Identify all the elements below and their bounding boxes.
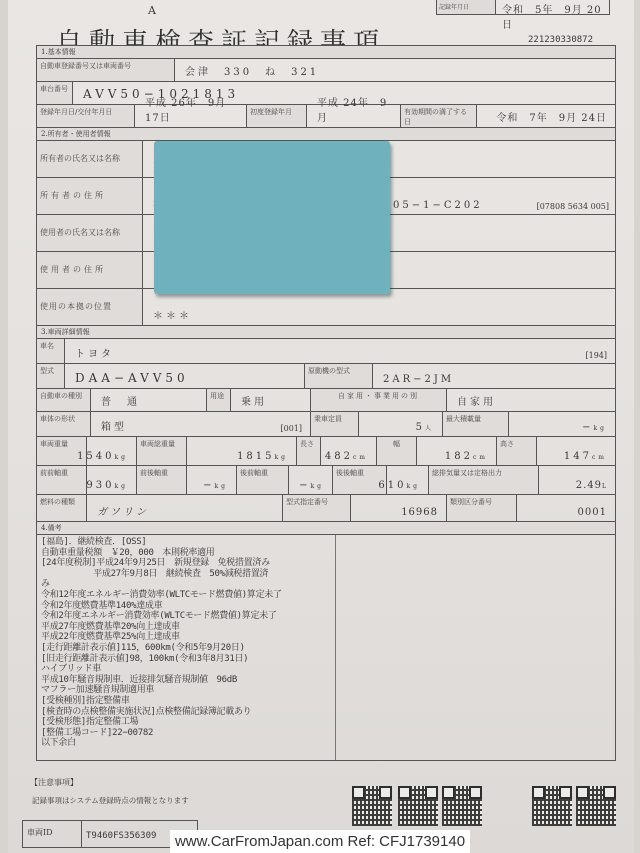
max-load-unit: kg [594, 425, 607, 432]
rf-axle-label: 後前軸重 [237, 466, 289, 494]
body-shape-value: 箱型 [97, 416, 131, 435]
engine-value: 2AR−2JM [379, 372, 458, 387]
capacity-number: 5 [416, 422, 425, 433]
remarks-line: [整備工場コード]22−00782 [41, 728, 331, 739]
fr-axle-label: 前後軸重 [137, 466, 187, 494]
engine-label: 原動機の型式 [305, 364, 373, 388]
gross-weight-unit: kg [275, 454, 288, 461]
remarks-line: マフラー加速騒音規制適用車 [41, 685, 331, 696]
notes-text: 記録事項はシステム登録時点の情報となります [32, 795, 189, 806]
owner-address-code: [07808 5634 005] [533, 200, 613, 213]
capacity-label: 乗車定員 [311, 412, 359, 436]
section-remarks-heading: 4.備考 [36, 522, 616, 535]
remarks-line: 平成27年9月8日 継続検査 50%減税措置済 [41, 569, 331, 580]
displacement-unit: L [602, 483, 607, 490]
category-label: 類別区分番号 [447, 495, 517, 521]
model-label: 型式 [37, 364, 65, 388]
record-date-value: 令和 5年 9月 20日 [496, 0, 609, 14]
rf-axle-unit: kg [311, 483, 324, 490]
qr-code-3-icon [442, 786, 482, 826]
max-load-number: − [582, 422, 593, 433]
fr-axle-unit: kg [215, 483, 228, 490]
reg-date-value: 平成 26年 9月 17日 [141, 92, 246, 126]
maker-row: 車名 トヨタ [194] [36, 339, 616, 364]
owner-address-suffix: 05−1−C202 [389, 198, 487, 213]
remarks-line: [旧走行距離計表示値]98，100km(令和3年8月31日) [41, 654, 331, 665]
first-reg-value: 平成 24年 9月 [313, 92, 400, 126]
weight-unit: kg [115, 454, 128, 461]
body-shape-row: 車体の形状 箱型 [001] 乗車定員 5人 最大積載量 −kg [36, 412, 616, 437]
usage-value: 自家用 [453, 391, 500, 410]
base-location-value: ＊＊＊ [149, 305, 196, 324]
watermark-banner: www.CarFromJapan.com Ref: CFJ1739140 [170, 830, 470, 853]
displacement-value: 2.49L [572, 478, 611, 493]
length-value: 482cm [321, 449, 372, 464]
body-shape-code: [001] [276, 422, 306, 435]
redaction-sticker [154, 141, 390, 294]
weight-number: 1540 [77, 451, 114, 462]
qr-code-1-icon [352, 786, 392, 826]
ff-axle-unit: kg [115, 483, 128, 490]
model-value: DAA−AVV50 [71, 369, 193, 387]
remarks-line: 平成27年度燃費基準20%向上達成車 [41, 622, 331, 633]
user-name-label: 使用者の氏名又は名称 [37, 215, 143, 251]
remarks-blank-area [336, 535, 615, 760]
remarks-line: [福島]．継続検査．[OSS] [41, 537, 331, 548]
width-number: 182 [445, 451, 473, 462]
gross-weight-number: 1815 [237, 451, 274, 462]
section-owner-info-heading: 2.所有者・使用者情報 [36, 128, 616, 141]
capacity-value: 5人 [412, 420, 438, 435]
document-number: 221230330872 [528, 35, 593, 45]
remarks-line: 平成22年度燃費基準25%向上達成車 [41, 632, 331, 643]
expiry-value: 令和 7年 9月 24日 [492, 107, 611, 126]
model-row: 型式 DAA−AVV50 原動機の型式 2AR−2JM [36, 364, 616, 389]
width-unit: cm [473, 454, 488, 461]
purpose-value: 乗用 [237, 391, 271, 410]
maker-code: [194] [581, 349, 611, 362]
rr-axle-unit: kg [407, 483, 420, 490]
vehicle-id-value: T9460FS356309 [82, 821, 160, 847]
remarks-text: [福島]．継続検査．[OSS]自動車重量税額 ￥20，000 本則税率適用[24… [37, 535, 336, 760]
ff-axle-number: 930 [86, 480, 114, 491]
type-designation-value: 16968 [397, 505, 442, 520]
length-label: 長さ [297, 437, 321, 465]
remarks-line: [受検種別]指定整備車 [41, 696, 331, 707]
vehicle-type-label: 自動車の種別 [37, 389, 91, 411]
capacity-unit: 人 [425, 425, 434, 432]
remarks-line: 自動車重量税額 ￥20，000 本則税率適用 [41, 548, 331, 559]
usage-label: 自家用・事業用の別 [311, 389, 447, 411]
height-unit: cm [592, 454, 607, 461]
rf-axle-value: −kg [295, 478, 328, 493]
displacement-number: 2.49 [576, 480, 602, 491]
reg-date-label: 登録年月日/交付年月日 [37, 105, 135, 127]
gross-weight-value: 1815kg [233, 449, 292, 464]
remarks-line: [検査時の点検整備実施状況]点検整備記録簿記載あり [41, 707, 331, 718]
section-vehicle-detail-heading: 3.車両詳細情報 [36, 326, 616, 339]
body-shape-label: 車体の形状 [37, 412, 91, 436]
remarks-line: 以下余白 [41, 738, 331, 749]
base-location-label: 使用の本拠の位置 [37, 289, 143, 325]
base-location-row: 使用の本拠の位置 ＊＊＊ [36, 289, 616, 326]
fuel-label: 燃料の種類 [37, 495, 87, 521]
dates-row: 登録年月日/交付年月日 平成 26年 9月 17日 初度登録年月 平成 24年 … [36, 105, 616, 128]
ff-axle-label: 前前軸重 [37, 466, 87, 494]
section-basic-info-heading: 1.基本情報 [36, 45, 616, 59]
notes-title: 【注意事項】 [30, 777, 78, 788]
rr-axle-number: 610 [378, 480, 406, 491]
rf-axle-number: − [299, 480, 310, 491]
fuel-value: ガソリン [93, 501, 153, 520]
remarks-line: 平成10年騒音規制車．近接排気騒音規制値 96dB [41, 675, 331, 686]
max-load-label: 最大積載量 [443, 412, 509, 436]
qr-code-2-icon [398, 786, 438, 826]
remarks-line: 令和12年度エネルギー消費効率(WLTCモード燃費値)算定未了 [41, 590, 331, 601]
remarks-line: 令和2年度エネルギー消費効率(WLTCモード燃費値)算定未了 [41, 611, 331, 622]
ff-axle-value: 930kg [82, 478, 132, 493]
height-label: 高さ [497, 437, 537, 465]
expiry-label: 有効期間の満了する日 [401, 105, 477, 127]
max-load-value: −kg [578, 420, 611, 435]
registration-value: 会津 330 ね 321 [181, 61, 323, 80]
gross-weight-label: 車両総重量 [137, 437, 187, 465]
first-reg-label: 初度登録年月 [247, 105, 307, 127]
remarks-line: ハイブリッド車 [41, 664, 331, 675]
displacement-label: 総排気量又は定格出力 [429, 466, 539, 494]
vehicle-type-row: 自動車の種別 普 通 用途 乗用 自家用・事業用の別 自家用 [36, 389, 616, 412]
dimensions-row: 車両重量 1540kg 車両総重量 1815kg 長さ 482cm 幅 182c… [36, 437, 616, 466]
remarks-line: み [41, 579, 331, 590]
remarks-line: [走行距離計表示値]115，600km(令和5年9月20日) [41, 643, 331, 654]
maker-label: 車名 [37, 339, 65, 363]
form-marker: A [148, 4, 156, 17]
width-value: 182cm [441, 449, 492, 464]
length-number: 482 [325, 451, 353, 462]
owner-address-label: 所有者の住所 [37, 178, 143, 214]
qr-code-4-icon [532, 786, 572, 826]
remarks-line: 令和2年度燃費基準140%達成車 [41, 601, 331, 612]
vehicle-id-label: 車両ID [23, 821, 82, 847]
record-date-box: 記録年月日 令和 5年 9月 20日 [436, 0, 610, 15]
vehicle-type-value: 普 通 [97, 391, 144, 410]
remarks-line: [24年度税制]平成24年9月25日 新規登録 免税措置済み [41, 558, 331, 569]
fr-axle-number: − [203, 480, 214, 491]
purpose-label: 用途 [207, 389, 231, 411]
record-date-label: 記録年月日 [437, 0, 496, 14]
fr-axle-value: −kg [199, 478, 232, 493]
rr-axle-value: 610kg [374, 478, 424, 493]
owner-name-label: 所有者の氏名又は名称 [37, 141, 143, 177]
type-designation-label: 型式指定番号 [283, 495, 351, 521]
qr-code-5-icon [576, 786, 616, 826]
length-unit: cm [353, 454, 368, 461]
remarks-box: [福島]．継続検査．[OSS]自動車重量税額 ￥20，000 本則税率適用[24… [36, 535, 616, 761]
axle-weights-row: 前前軸重 930kg 前後軸重 −kg 後前軸重 −kg 後後軸重 610kg … [36, 466, 616, 495]
registration-row: 自動車登録番号又は車両番号 会津 330 ね 321 [36, 59, 616, 82]
fuel-row: 燃料の種類 ガソリン 型式指定番号 16968 類別区分番号 0001 [36, 495, 616, 522]
height-value: 147cm [560, 449, 611, 464]
maker-value: トヨタ [71, 343, 118, 362]
width-label: 幅 [377, 437, 417, 465]
user-address-label: 使用者の住所 [37, 252, 143, 288]
remarks-line: [受検形態]指定整備工場 [41, 717, 331, 728]
chassis-label: 車台番号 [37, 82, 73, 104]
registration-label: 自動車登録番号又は車両番号 [37, 59, 175, 81]
height-number: 147 [564, 451, 592, 462]
category-value: 0001 [574, 505, 611, 520]
weight-value: 1540kg [73, 449, 132, 464]
